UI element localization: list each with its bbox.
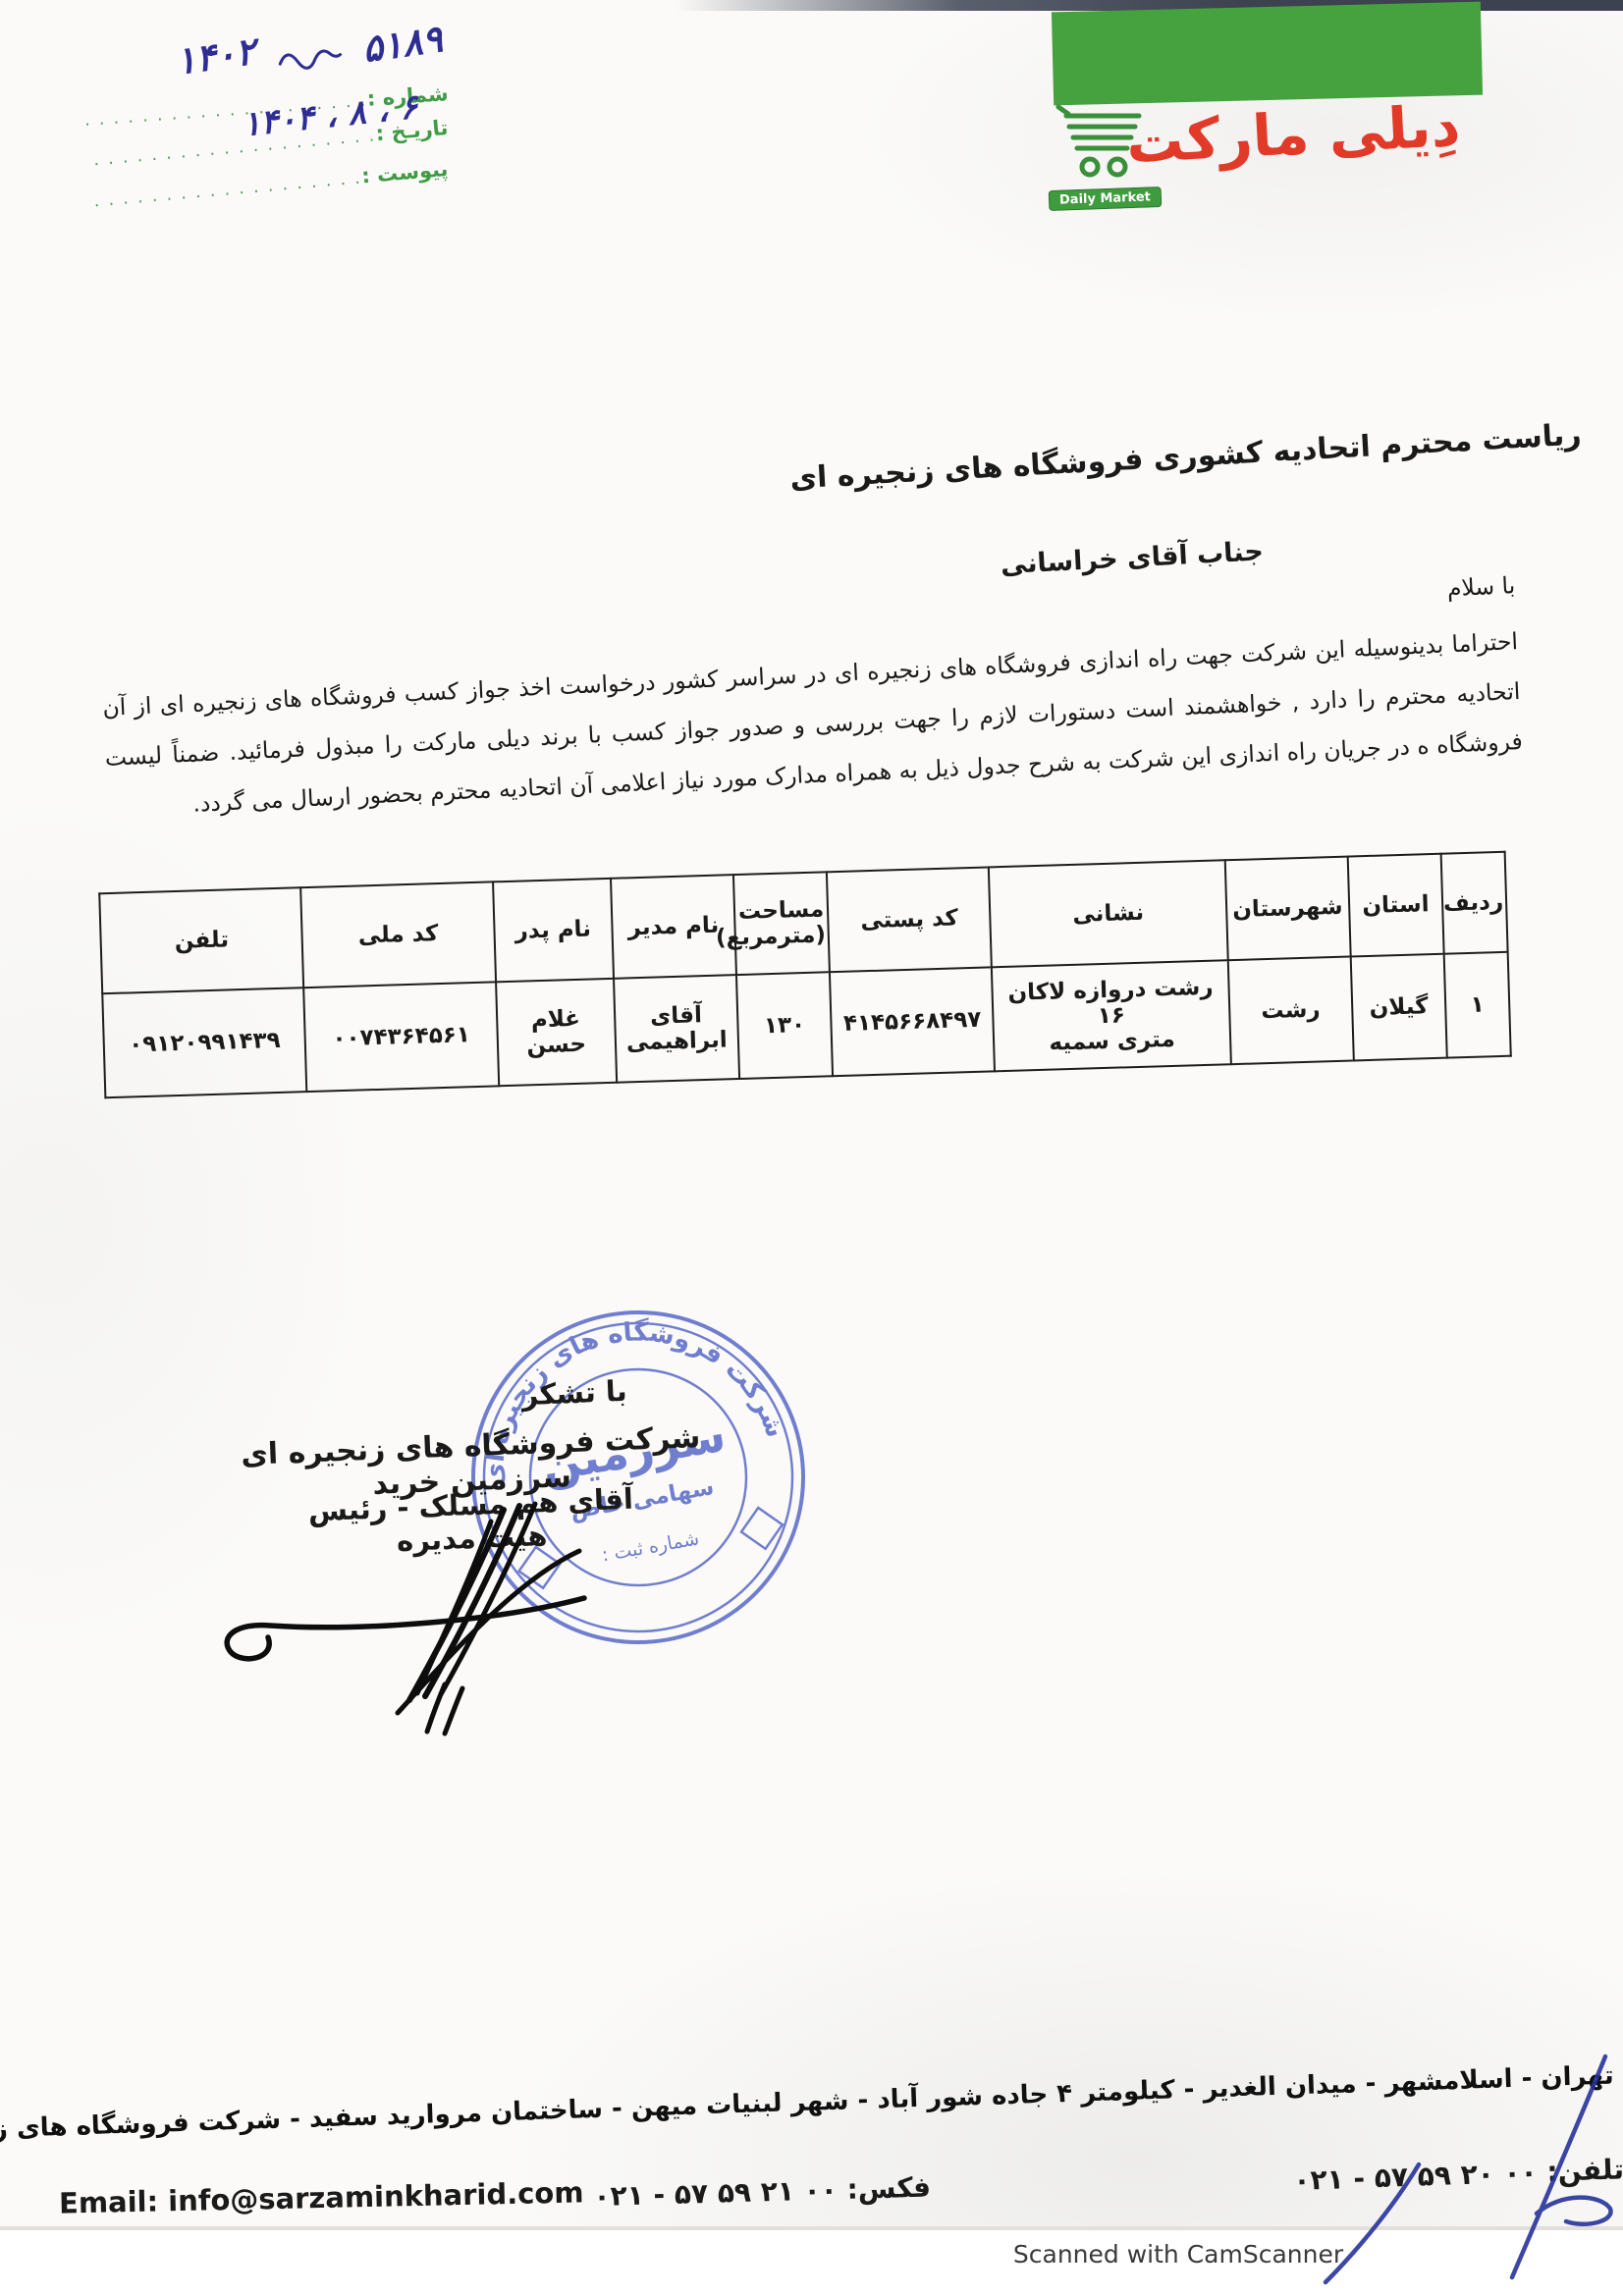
col-area: مساحت (مترمربع) — [733, 872, 830, 975]
scanned-letter-page: دِیلی مارکت Daily Market شماره : . . . .… — [0, 0, 1623, 2296]
cell-county: رشت — [1227, 957, 1353, 1065]
cell-national-id: ۰۰۷۴۳۶۴۵۶۱ — [304, 982, 499, 1092]
logo-green-banner — [1052, 2, 1483, 106]
col-county: شهرستان — [1224, 857, 1350, 961]
col-father-name: نام پدر — [493, 879, 614, 983]
cell-row-number: ۱ — [1444, 952, 1511, 1058]
scan-background — [0, 0, 1623, 2230]
col-row-number: ردیف — [1441, 852, 1508, 954]
col-province: استان — [1347, 854, 1443, 957]
handwritten-signature — [191, 1492, 614, 1737]
cell-father-name: غلام حسن — [496, 979, 617, 1087]
col-address: نشانی — [989, 860, 1227, 967]
closing-thanks: با تشکر — [495, 1373, 653, 1414]
stores-table: ردیف استان شهرستان نشانی کد پستی مساحت (… — [98, 851, 1512, 1098]
blue-pen-marks — [1124, 2047, 1623, 2292]
cell-province: گیلان — [1350, 954, 1446, 1061]
brand-name-fa: دِیلی مارکت — [1124, 90, 1486, 176]
col-postal-code: کد پستی — [827, 867, 992, 972]
cell-area: ۱۳۰ — [736, 972, 833, 1079]
company-logo: دِیلی مارکت Daily Market — [1037, 98, 1488, 231]
pen-squiggle — [274, 39, 346, 74]
cell-address: رشت دروازه لاکان ۱۶ متری سمیه — [992, 960, 1230, 1071]
col-phone: تلفن — [99, 887, 303, 993]
col-national-id: کد ملی — [300, 881, 495, 988]
cell-postal-code: ۴۱۴۵۶۶۸۴۹۷ — [830, 967, 995, 1076]
brand-name-en-badge: Daily Market — [1049, 187, 1163, 211]
col-manager-name: نام مدیر — [611, 875, 736, 979]
cell-manager-name: آقای ابراهیمی — [614, 975, 739, 1083]
cell-phone: ۰۹۱۲۰۹۹۱۴۳۹ — [102, 988, 306, 1097]
